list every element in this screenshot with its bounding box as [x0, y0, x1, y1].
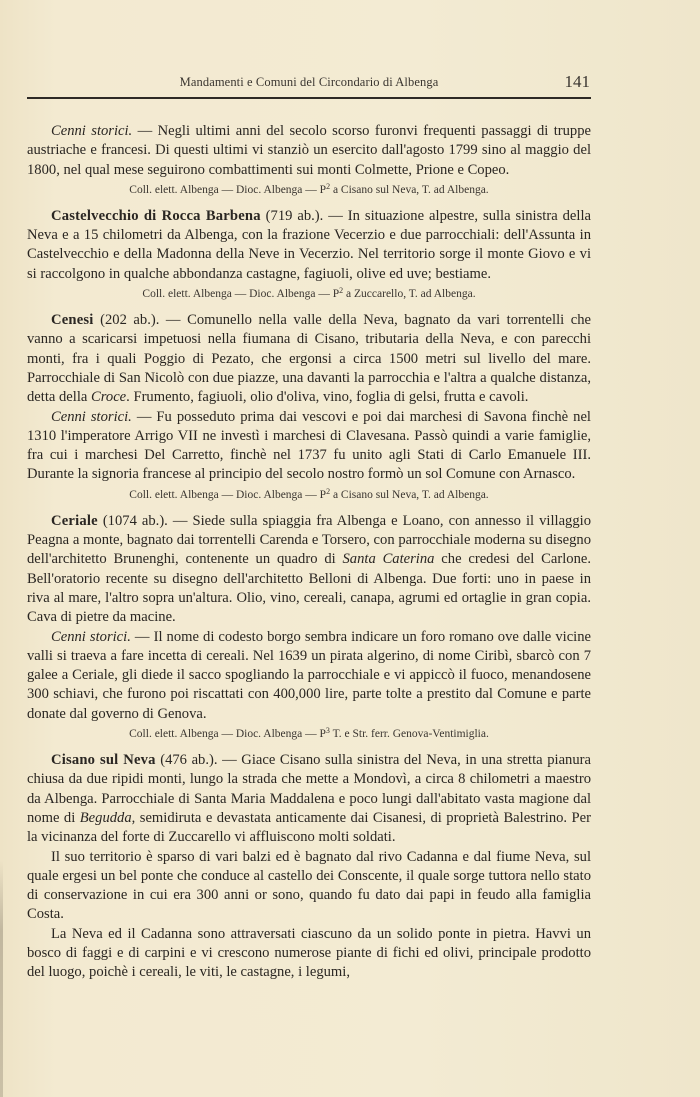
note-text: a Cisano sul Neva, T. ad Albenga. [330, 489, 489, 501]
page-number: 141 [565, 72, 591, 92]
entry-castelvecchio: Castelvecchio di Rocca Barbena (719 ab.)… [27, 207, 591, 284]
paragraph: La Neva ed il Cadanna sono attraversati … [27, 925, 591, 983]
note-text: T. e Str. ferr. Genova-Ventimiglia. [330, 728, 489, 740]
paragraph-text: . Frumento, fagiuoli, olio d'oliva, vino… [126, 389, 528, 405]
note-text: a Zuccarello, T. ad Albenga. [343, 288, 475, 300]
administrative-note: Coll. elett. Albenga — Dioc. Albenga — P… [27, 181, 591, 199]
italic-lead: Cenni storici. [51, 629, 131, 645]
italic-lead: Cenni storici. [51, 123, 132, 139]
entry-heading: Cenesi [51, 312, 94, 328]
administrative-note: Coll. elett. Albenga — Dioc. Albenga — P… [27, 285, 591, 303]
italic-term: Begudda [80, 810, 132, 826]
running-title: Mandamenti e Comuni del Circondario di A… [27, 75, 591, 90]
entry-cisano-sul-neva: Cisano sul Neva (476 ab.). — Giace Cisan… [27, 751, 591, 847]
italic-term: Santa Caterina [343, 551, 435, 567]
note-text: a Cisano sul Neva, T. ad Albenga. [330, 184, 489, 196]
note-text: Coll. elett. Albenga — Dioc. Albenga — P [142, 288, 339, 300]
header-rule [27, 97, 591, 99]
paragraph: Il suo territorio è sparso di vari balzi… [27, 848, 591, 925]
note-text: Coll. elett. Albenga — Dioc. Albenga — P [129, 728, 326, 740]
italic-term: Croce [91, 389, 126, 405]
page-body: Cenni storici. — Negli ultimi anni del s… [27, 122, 591, 983]
entry-ceriale: Ceriale (1074 ab.). — Siede sulla spiagg… [27, 512, 591, 628]
entry-heading: Castelvecchio di Rocca Barbena [51, 208, 261, 224]
entry-cenesi: Cenesi (202 ab.). — Comunello nella vall… [27, 311, 591, 407]
scan-page-edge [0, 860, 3, 1097]
note-text: Coll. elett. Albenga — Dioc. Albenga — P [129, 184, 326, 196]
paragraph-cenni-storici: Cenni storici. — Negli ultimi anni del s… [27, 122, 591, 180]
administrative-note: Coll. elett. Albenga — Dioc. Albenga — P… [27, 725, 591, 743]
entry-heading: Ceriale [51, 513, 98, 529]
note-text: Coll. elett. Albenga — Dioc. Albenga — P [129, 489, 326, 501]
running-header: Mandamenti e Comuni del Circondario di A… [27, 70, 591, 92]
italic-lead: Cenni storici. [51, 409, 132, 425]
entry-heading: Cisano sul Neva [51, 752, 156, 768]
administrative-note: Coll. elett. Albenga — Dioc. Albenga — P… [27, 486, 591, 504]
paragraph-cenni-storici: Cenni storici. — Il nome di codesto borg… [27, 628, 591, 724]
paragraph-cenni-storici: Cenni storici. — Fu posseduto prima dai … [27, 408, 591, 485]
